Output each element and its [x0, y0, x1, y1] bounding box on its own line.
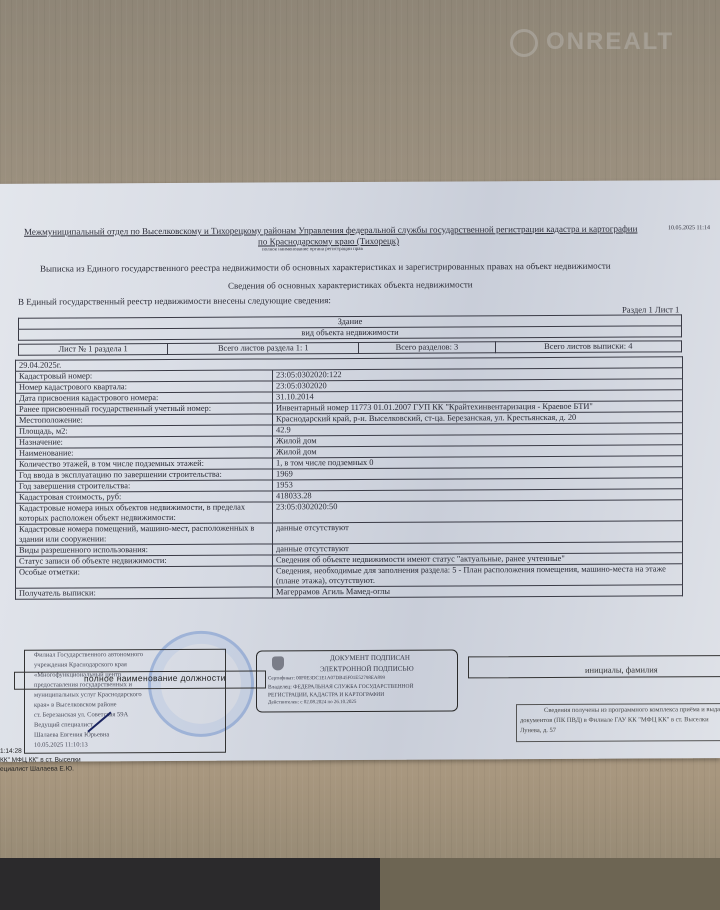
- info-line2: документов (ПК ПВД) в Филиале ГАУ КК "МФ…: [520, 716, 709, 724]
- row-value: Сведения, необходимые для заполнения раз…: [273, 564, 683, 587]
- sheet-info-cell: Всего листов выписки: 4: [495, 341, 681, 353]
- header-org-line2: по Краснодарскому краю (Тихорецк): [258, 236, 399, 247]
- header-sub: полное наименование органа регистрации п…: [262, 247, 363, 253]
- row-label: Кадастровые номера иных объектов недвижи…: [16, 502, 273, 524]
- esig-valid: Действителен: с 02.08.2024 по 26.10.2025: [268, 700, 356, 705]
- document-subtitle: Сведения об основных характеристиках объ…: [228, 279, 473, 290]
- left-mfc: КК" МФЦ КК" в ст. Выселки: [0, 756, 81, 763]
- document-sheet: Межмуниципальный отдел по Выселковскому …: [0, 180, 720, 762]
- sheet-info-cell: Лист № 1 раздела 1: [19, 344, 168, 356]
- row-label: Получатель выписки:: [16, 587, 273, 599]
- row-value: Магеррамов Агиль Мамед-оглы: [273, 585, 683, 598]
- esig-owner2: РЕГИСТРАЦИИ, КАДАСТРА И КАРТОГРАФИИ: [268, 692, 384, 699]
- initials-label: инициалы, фамилия: [585, 664, 658, 674]
- mfc-stamp-line: Шалаева Евгения Юрьевна: [34, 731, 109, 738]
- table-row: Получатель выписки:Магеррамов Агиль Маме…: [16, 585, 683, 599]
- watermark-logo-icon: [510, 29, 538, 57]
- left-specialist: ециалист Шалаева Е.Ю.: [0, 765, 74, 772]
- row-label: Особые отметки:: [16, 566, 273, 588]
- watermark: ONREALT: [510, 28, 674, 57]
- section-label: Раздел 1 Лист 1: [622, 304, 679, 314]
- sheet-info-cell: Всего разделов: 3: [359, 342, 495, 354]
- mfc-stamp-line: Филиал Государственного автономного: [34, 651, 143, 659]
- object-type-caption: вид объекта недвижимости: [19, 326, 682, 340]
- mfc-stamp-line: муниципальных услуг Краснодарского: [34, 691, 142, 699]
- position-label: полное наименование должности: [84, 673, 226, 684]
- mfc-stamp-line: учреждения Краснодарского края: [34, 661, 127, 668]
- characteristics-table: 29.04.2025г. Кадастровый номер:23:05:030…: [15, 356, 683, 599]
- info-line1: Сведения получены из программного компле…: [544, 706, 720, 714]
- header-org: Межмуниципальный отдел по Выселковскому …: [24, 224, 637, 237]
- person-shadow: [0, 858, 380, 910]
- row-label: Кадастровые номера помещений, машино-мес…: [16, 523, 273, 545]
- info-line3: Лунева, д. 57: [520, 727, 556, 734]
- esig-owner: Владелец: ФЕДЕРАЛЬНАЯ СЛУЖБА ГОСУДАРСТВЕ…: [268, 684, 413, 691]
- print-datetime: 10.05.2025 11:14: [668, 225, 710, 231]
- esig-cert: Сертификат: 00F0E3DC1E1A07DB45F01E52798E…: [268, 676, 385, 682]
- row-value: данные отсутствуют: [273, 521, 683, 544]
- esig-title2: ЭЛЕКТРОННОЙ ПОДПИСЬЮ: [320, 665, 414, 673]
- document-title: Выписка из Единого государственного реес…: [40, 261, 611, 274]
- watermark-text: ONREALT: [546, 28, 674, 55]
- sheet-info-cell: Всего листов раздела 1: 1: [168, 343, 359, 355]
- sheet-info-table: Лист № 1 раздела 1 Всего листов раздела …: [18, 340, 682, 355]
- row-value: 23:05:0302020:50: [273, 500, 683, 523]
- left-time: 1:14:28: [0, 748, 22, 755]
- object-type-table: Здание вид объекта недвижимости: [18, 314, 682, 340]
- esig-title: ДОКУМЕНТ ПОДПИСАН: [330, 654, 410, 662]
- coat-of-arms-icon: [272, 656, 284, 670]
- mfc-stamp-line: 10.05.2025 11:10:13: [34, 741, 88, 748]
- intro-text: В Единый государственный реестр недвижим…: [18, 295, 331, 307]
